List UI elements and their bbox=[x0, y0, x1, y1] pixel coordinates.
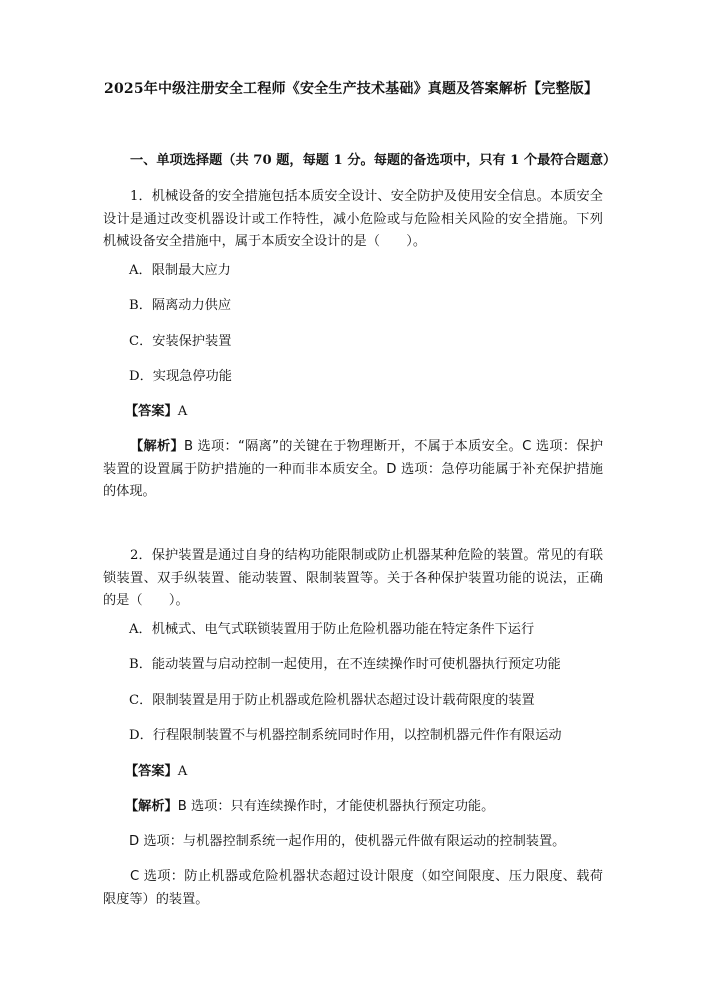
option-label: D． bbox=[129, 369, 153, 384]
document-title: 2025年中级注册安全工程师《安全生产技术基础》真题及答案解析【完整版】 bbox=[104, 78, 598, 100]
question-1-option-b: B．隔离动力供应 bbox=[129, 295, 231, 317]
question-1-stem: 1．机械设备的安全措施包括本质安全设计、安全防护及使用安全信息。本质安全设计是通… bbox=[103, 186, 603, 254]
option-label: A． bbox=[129, 622, 152, 637]
option-text: 限制装置是用于防止机器或危险机器状态超过设计载荷限度的装置 bbox=[152, 693, 534, 708]
answer-label: 【答案】 bbox=[125, 764, 178, 779]
option-label: C． bbox=[129, 693, 152, 708]
document-page: 2025年中级注册安全工程师《安全生产技术基础》真题及答案解析【完整版】 一、单… bbox=[0, 0, 706, 993]
question-1-option-c: C．安装保护装置 bbox=[129, 331, 231, 353]
option-text: 隔离动力供应 bbox=[152, 298, 231, 313]
question-1-option-a: A．限制最大应力 bbox=[129, 260, 231, 282]
answer-value: A bbox=[178, 764, 188, 779]
question-1-answer: 【答案】A bbox=[125, 401, 187, 423]
option-text: 实现急停功能 bbox=[153, 369, 232, 384]
analysis-label: 【解析】 bbox=[125, 799, 178, 814]
question-2-option-b: B．能动装置与启动控制一起使用，在不连续操作时可使机器执行预定功能 bbox=[129, 654, 561, 676]
answer-value: A bbox=[178, 404, 188, 419]
option-text: 限制最大应力 bbox=[152, 263, 231, 278]
option-label: B． bbox=[129, 298, 152, 313]
option-label: D． bbox=[129, 728, 153, 743]
question-2-analysis-line-1: 【解析】B 选项：只有连续操作时，才能使机器执行预定功能。 bbox=[125, 796, 494, 818]
option-text: 安装保护装置 bbox=[152, 334, 231, 349]
question-2-option-c: C．限制装置是用于防止机器或危险机器状态超过设计载荷限度的装置 bbox=[129, 690, 535, 712]
analysis-text: B 选项：只有连续操作时，才能使机器执行预定功能。 bbox=[178, 799, 495, 814]
section-heading: 一、单项选择题（共 70 题，每题 1 分。每题的备选项中，只有 1 个最符合题… bbox=[130, 150, 616, 172]
question-1-option-d: D．实现急停功能 bbox=[129, 366, 232, 388]
question-2-analysis-line-2: D 选项：与机器控制系统一起作用的，使机器元件做有限运动的控制装置。 bbox=[129, 831, 565, 853]
option-text: 行程限制装置不与机器控制系统同时作用，以控制机器元件作有限运动 bbox=[153, 728, 562, 743]
analysis-label: 【解析】 bbox=[130, 439, 184, 454]
question-2-option-a: A．机械式、电气式联锁装置用于防止危险机器功能在特定条件下运行 bbox=[129, 619, 534, 641]
question-2-analysis-line-3: C 选项：防止机器或危险机器状态超过设计限度（如空间限度、压力限度、载荷限度等）… bbox=[103, 866, 603, 911]
question-2-option-d: D．行程限制装置不与机器控制系统同时作用，以控制机器元件作有限运动 bbox=[129, 725, 562, 747]
question-2-answer: 【答案】A bbox=[125, 761, 187, 783]
answer-label: 【答案】 bbox=[125, 404, 178, 419]
option-text: 机械式、电气式联锁装置用于防止危险机器功能在特定条件下运行 bbox=[152, 622, 534, 637]
option-label: C． bbox=[129, 334, 152, 349]
option-text: 能动装置与启动控制一起使用，在不连续操作时可使机器执行预定功能 bbox=[152, 657, 561, 672]
option-label: A． bbox=[129, 263, 152, 278]
question-2-stem: 2．保护装置是通过自身的结构功能限制或防止机器某种危险的装置。常见的有联锁装置、… bbox=[103, 545, 603, 613]
question-1-analysis: 【解析】B 选项：“隔离”的关键在于物理断开，不属于本质安全。C 选项：保护装置… bbox=[103, 436, 603, 504]
option-label: B． bbox=[129, 657, 152, 672]
